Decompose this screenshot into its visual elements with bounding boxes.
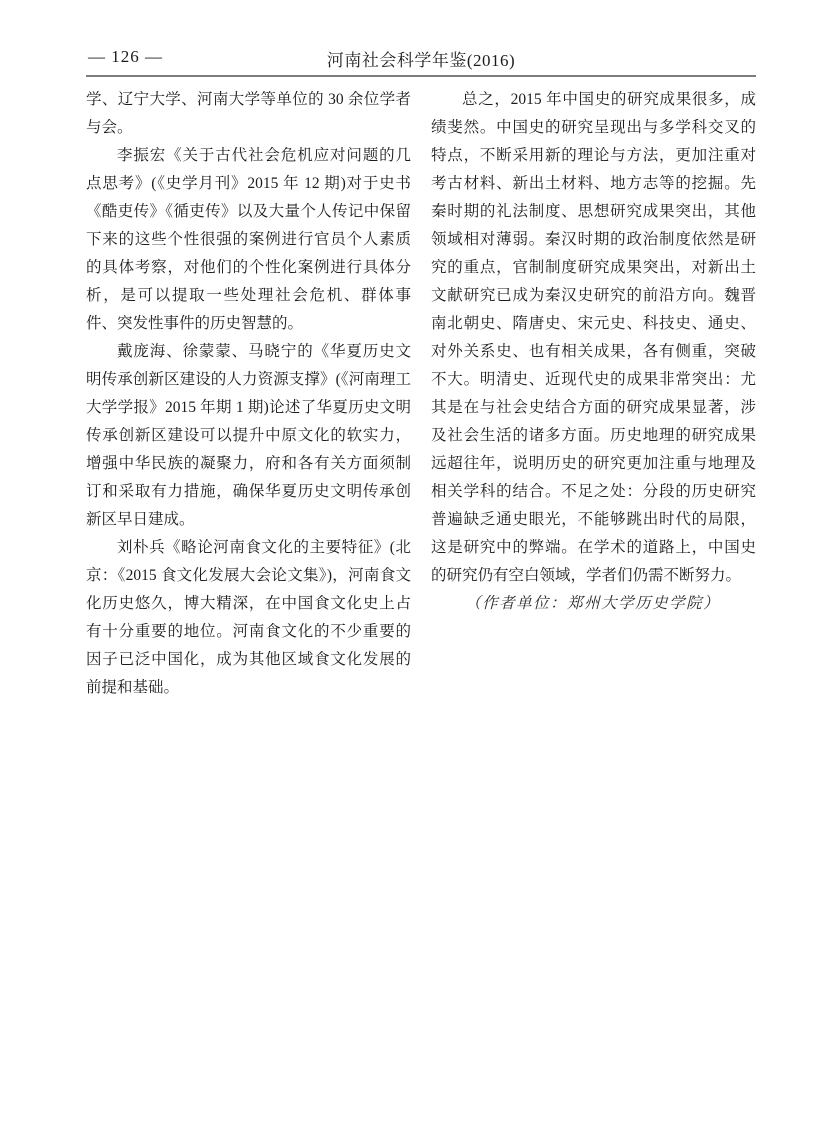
page-header: — 126 — 河南社会科学年鉴(2016) [86, 46, 756, 72]
text-block: — 126 — 河南社会科学年鉴(2016) 学、辽宁大学、河南大学等单位的 3… [86, 46, 756, 702]
right-column: 总之，2015 年中国史的研究成果很多，成绩斐然。中国史的研究呈现出与多学科交叉… [431, 86, 756, 702]
two-column-body: 学、辽宁大学、河南大学等单位的 30 余位学者与会。 李振宏《关于古代社会危机应… [86, 86, 756, 702]
header-rule [86, 75, 756, 77]
left-paragraph-1: 李振宏《关于古代社会危机应对问题的几点思考》(《史学月刊》2015 年 12 期… [86, 142, 411, 338]
left-paragraph-0: 学、辽宁大学、河南大学等单位的 30 余位学者与会。 [86, 86, 411, 142]
left-paragraph-3: 刘朴兵《略论河南食文化的主要特征》(北京：《2015 食文化发展大会论文集》)，… [86, 534, 411, 702]
document-page: — 126 — 河南社会科学年鉴(2016) 学、辽宁大学、河南大学等单位的 3… [0, 0, 839, 1135]
page-number: — 126 — [88, 47, 163, 67]
left-column: 学、辽宁大学、河南大学等单位的 30 余位学者与会。 李振宏《关于古代社会危机应… [86, 86, 411, 702]
journal-title: 河南社会科学年鉴(2016) [86, 46, 756, 71]
right-paragraph-0: 总之，2015 年中国史的研究成果很多，成绩斐然。中国史的研究呈现出与多学科交叉… [431, 86, 756, 590]
left-paragraph-2: 戴庞海、徐蒙蒙、马晓宁的《华夏历史文明传承创新区建设的人力资源支撑》(《河南理工… [86, 338, 411, 534]
author-affiliation-note: （作者单位：郑州大学历史学院） [431, 590, 756, 618]
